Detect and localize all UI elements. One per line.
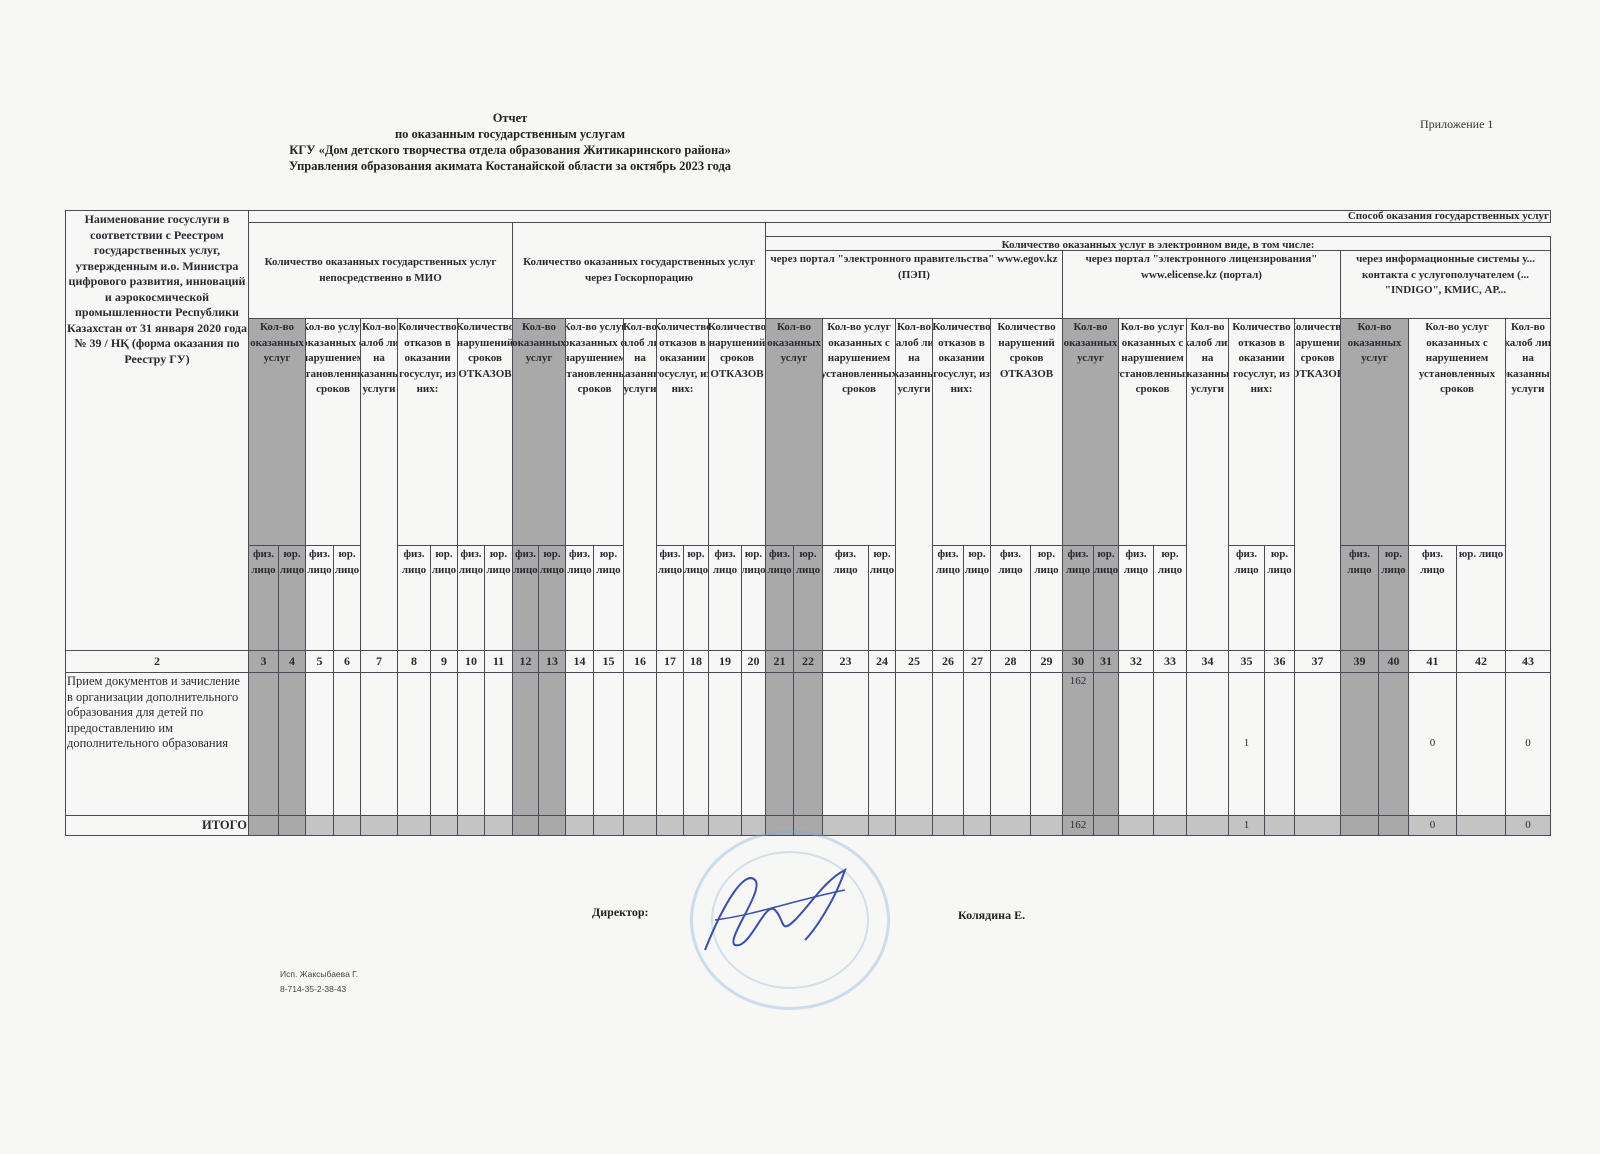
phys-person-header: физ. лицо [1118, 545, 1154, 651]
data-cell [1186, 672, 1229, 816]
data-cell [1030, 672, 1063, 816]
column-header: Количество отказов в оказании госуслуг, … [1228, 318, 1295, 546]
sub-is-header: через информационные системы у... контак… [1340, 250, 1551, 319]
total-cell [1456, 815, 1506, 836]
total-cell [430, 815, 458, 836]
data-cell [512, 672, 539, 816]
jur-person-header: юр. лицо [963, 545, 991, 651]
total-cell [932, 815, 964, 836]
sub-elicense-header: через портал "электронного лицензировани… [1062, 250, 1341, 319]
data-cell [932, 672, 964, 816]
total-cell [1093, 815, 1119, 836]
data-cell [278, 672, 306, 816]
data-cell [868, 672, 896, 816]
column-number: 39 [1340, 650, 1379, 673]
data-cell [1378, 672, 1409, 816]
column-number: 33 [1153, 650, 1187, 673]
data-cell [708, 672, 742, 816]
jur-person-header: юр. лицо [793, 545, 823, 651]
total-cell: 0 [1408, 815, 1457, 836]
jur-person-header: юр. лицо [484, 545, 513, 651]
total-cell: 162 [1062, 815, 1094, 836]
jur-person-header: юр. лицо [1093, 545, 1119, 651]
jur-person-header: юр. лицо [430, 545, 458, 651]
column-number: 23 [822, 650, 869, 673]
data-cell [1264, 672, 1295, 816]
column-header: Кол-во оказанных услуг [765, 318, 823, 546]
phys-person-header: физ. лицо [708, 545, 742, 651]
jur-person-header: юр. лицо [278, 545, 306, 651]
column-header: Кол-во оказанных услуг [512, 318, 566, 546]
total-cell [484, 815, 513, 836]
column-number: 12 [512, 650, 539, 673]
data-cell [565, 672, 594, 816]
column-header: Кол-во услуг оказанных с нарушением уста… [1118, 318, 1187, 546]
phys-person-header: физ. лицо [1228, 545, 1265, 651]
total-cell [683, 815, 709, 836]
column-number: 37 [1294, 650, 1341, 673]
data-cell [484, 672, 513, 816]
column-header: Количество отказов в оказании госуслуг, … [932, 318, 991, 546]
column-number: 27 [963, 650, 991, 673]
phys-person-header: физ. лицо [822, 545, 869, 651]
data-cell: 0 [1505, 672, 1551, 816]
phys-person-header: физ. лицо [656, 545, 684, 651]
total-cell [538, 815, 566, 836]
total-cell [248, 815, 279, 836]
column-number: 6 [333, 650, 361, 673]
total-cell [360, 815, 398, 836]
data-cell [963, 672, 991, 816]
column-number: 11 [484, 650, 513, 673]
column-number: 18 [683, 650, 709, 673]
total-cell [565, 815, 594, 836]
total-cell [1153, 815, 1187, 836]
column-number: 28 [990, 650, 1031, 673]
column-header: Кол-во жалоб лиц на оказанные услуги [895, 318, 933, 651]
data-cell [1093, 672, 1119, 816]
jur-person-header: юр. лицо [1264, 545, 1295, 651]
phys-person-header: физ. лицо [565, 545, 594, 651]
jur-person-header: юр. лицо [1378, 545, 1409, 651]
phys-person-header: физ. лицо [457, 545, 485, 651]
column-number: 8 [397, 650, 431, 673]
column-number: 40 [1378, 650, 1409, 673]
data-cell [793, 672, 823, 816]
column-header: Кол-во жалоб лиц на оказанные услуги [623, 318, 657, 651]
group-gk-header: Количество оказанных государственных усл… [512, 222, 766, 319]
data-cell [593, 672, 624, 816]
total-cell [1264, 815, 1295, 836]
column-number: 30 [1062, 650, 1094, 673]
total-cell [457, 815, 485, 836]
column-header: Количество нарушений сроков ОТКАЗОВ [457, 318, 513, 546]
column-header: Кол-во услуг оказанных с нарушением уста… [822, 318, 896, 546]
data-cell [1340, 672, 1379, 816]
data-cell [656, 672, 684, 816]
column-number: 15 [593, 650, 624, 673]
total-cell [1186, 815, 1229, 836]
column-number: 17 [656, 650, 684, 673]
data-cell: 1 [1228, 672, 1265, 816]
total-cell [1294, 815, 1341, 836]
name-header: Наименование госуслуги в соответствии с … [65, 210, 249, 651]
jur-person-header: юр. лицо [538, 545, 566, 651]
total-cell [708, 815, 742, 836]
column-number: 35 [1228, 650, 1265, 673]
column-number: 31 [1093, 650, 1119, 673]
director-name: Колядина Е. [958, 908, 1025, 923]
jur-person-header: юр. лицо [868, 545, 896, 651]
column-number: 24 [868, 650, 896, 673]
data-cell [1118, 672, 1154, 816]
data-cell [990, 672, 1031, 816]
column-number: 36 [1264, 650, 1295, 673]
total-cell [397, 815, 431, 836]
total-cell: 1 [1228, 815, 1265, 836]
service-name: Прием документов и зачисление в организа… [65, 672, 249, 816]
column-number: 13 [538, 650, 566, 673]
data-cell [538, 672, 566, 816]
total-cell [278, 815, 306, 836]
data-cell [895, 672, 933, 816]
data-cell [430, 672, 458, 816]
column-number: 34 [1186, 650, 1229, 673]
column-header: Кол-во жалоб лиц на оказанные услуги [1186, 318, 1229, 651]
column-number: 5 [305, 650, 334, 673]
column-header: Количество отказов в оказании госуслуг, … [397, 318, 458, 546]
total-cell [963, 815, 991, 836]
column-number: 14 [565, 650, 594, 673]
column-number: 29 [1030, 650, 1063, 673]
total-cell [1340, 815, 1379, 836]
data-cell [741, 672, 766, 816]
phys-person-header: физ. лицо [248, 545, 279, 651]
signature-icon [695, 860, 875, 960]
column-header: Количество отказов в оказании госуслуг, … [656, 318, 709, 546]
phys-person-header: физ. лицо [765, 545, 794, 651]
column-header: Кол-во услуг оказанных с нарушением уста… [1408, 318, 1506, 546]
column-header: Кол-во услуг оказанных с нарушением уста… [305, 318, 361, 546]
jur-person-header: юр. лицо [333, 545, 361, 651]
total-cell [1378, 815, 1409, 836]
column-header: Кол-во услуг оказанных с нарушением уста… [565, 318, 624, 546]
column-number: 32 [1118, 650, 1154, 673]
data-cell [397, 672, 431, 816]
column-header: Количество нарушений сроков ОТКАЗОВ [990, 318, 1063, 546]
data-cell [765, 672, 794, 816]
phys-person-header: физ. лицо [305, 545, 334, 651]
column-number: 9 [430, 650, 458, 673]
jur-person-header: юр. лицо [683, 545, 709, 651]
jur-person-header: юр. лицо [1030, 545, 1063, 651]
column-number: 21 [765, 650, 794, 673]
data-cell [1456, 672, 1506, 816]
executor-phone: 8-714-35-2-38-43 [280, 983, 346, 996]
data-cell: 162 [1062, 672, 1094, 816]
phys-person-header: физ. лицо [932, 545, 964, 651]
total-cell [868, 815, 896, 836]
executor-name: Исп. Жаксыбаева Г. [280, 968, 358, 981]
data-cell [248, 672, 279, 816]
column-header: Кол-во оказанных услуг [248, 318, 306, 546]
column-number: 16 [623, 650, 657, 673]
phys-person-header: физ. лицо [1340, 545, 1379, 651]
jur-person-header: юр. лицо [741, 545, 766, 651]
column-number: 10 [457, 650, 485, 673]
director-label: Директор: [592, 905, 649, 920]
column-number: 20 [741, 650, 766, 673]
data-cell [360, 672, 398, 816]
total-cell [593, 815, 624, 836]
data-cell [683, 672, 709, 816]
data-cell [1153, 672, 1187, 816]
column-header: Количество нарушений сроков ОТКАЗОВ [708, 318, 766, 546]
data-cell [333, 672, 361, 816]
column-number: 41 [1408, 650, 1457, 673]
phys-person-header: физ. лицо [1062, 545, 1094, 651]
column-number: 19 [708, 650, 742, 673]
column-number: 42 [1456, 650, 1506, 673]
total-cell [333, 815, 361, 836]
total-cell [822, 815, 869, 836]
jur-person-header: юр. лицо [1456, 545, 1506, 651]
phys-person-header: физ. лицо [512, 545, 539, 651]
total-cell [895, 815, 933, 836]
data-cell [457, 672, 485, 816]
column-number: 22 [793, 650, 823, 673]
column-number: 43 [1505, 650, 1551, 673]
column-number: 3 [248, 650, 279, 673]
total-cell [305, 815, 334, 836]
total-cell [623, 815, 657, 836]
data-cell [623, 672, 657, 816]
total-cell: 0 [1505, 815, 1551, 836]
data-cell [1294, 672, 1341, 816]
total-cell [512, 815, 539, 836]
column-number: 2 [65, 650, 249, 673]
phys-person-header: физ. лицо [397, 545, 431, 651]
column-header: Количество нарушений сроков ОТКАЗОВ [1294, 318, 1341, 651]
column-header: Кол-во оказанных услуг [1340, 318, 1409, 546]
column-number: 25 [895, 650, 933, 673]
column-header: Кол-во жалоб лиц на оказанные услуги [1505, 318, 1551, 651]
total-cell [990, 815, 1031, 836]
jur-person-header: юр. лицо [1153, 545, 1187, 651]
total-cell [656, 815, 684, 836]
column-number: 26 [932, 650, 964, 673]
column-header: Кол-во оказанных услуг [1062, 318, 1119, 546]
column-header: Кол-во жалоб лиц на оказанные услуги [360, 318, 398, 651]
phys-person-header: физ. лицо [1408, 545, 1457, 651]
jur-person-header: юр. лицо [593, 545, 624, 651]
data-cell [822, 672, 869, 816]
group-electronic-header: Количество оказанных услуг в электронном… [765, 236, 1551, 251]
data-cell: 0 [1408, 672, 1457, 816]
total-label: ИТОГО [65, 815, 249, 836]
data-cell [305, 672, 334, 816]
total-cell [1118, 815, 1154, 836]
total-cell [1030, 815, 1063, 836]
sub-egov-header: через портал "электронного правительства… [765, 250, 1063, 319]
group-mio-header: Количество оказанных государственных усл… [248, 222, 513, 319]
phys-person-header: физ. лицо [990, 545, 1031, 651]
column-number: 7 [360, 650, 398, 673]
column-number: 4 [278, 650, 306, 673]
